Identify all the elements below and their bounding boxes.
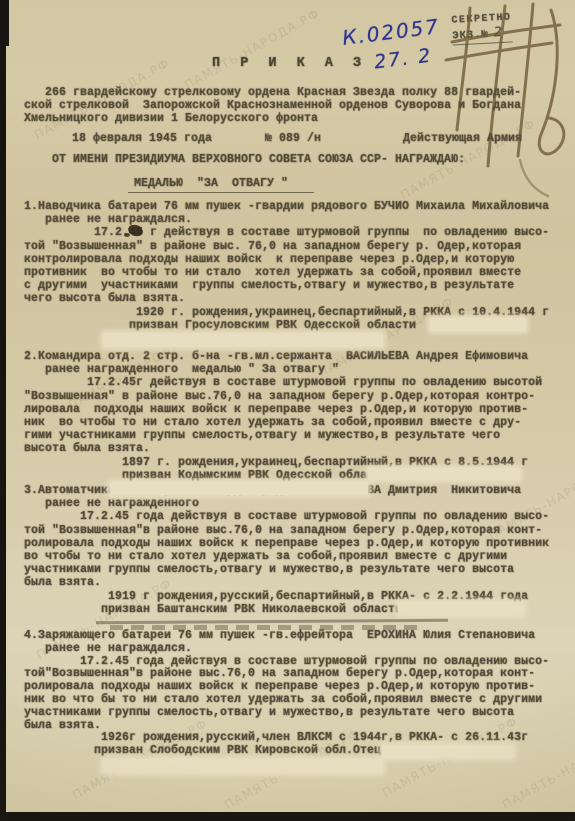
scanned-order-page: ПАМЯТЬ-НАРОДА.РФ ПАМЯТЬ-НАРОДА.РФ ПАМЯТЬ…: [0, 0, 575, 821]
unit-designation: 266 гвардейскому стрелковому ордена Крас…: [24, 86, 521, 126]
secret-stamp: СЕКРЕТНО ЭКЗ.№2: [451, 12, 513, 45]
order-number: № 089 /н: [265, 132, 321, 145]
award-entry-2: 2.Командира отд. 2 стр. б-на -гв.мл.серж…: [24, 350, 542, 482]
handwritten-date-note: 27. 2: [373, 45, 434, 74]
award-entry-1: 1.Наводчика батареи 76 мм пушек -гвардии…: [24, 200, 549, 332]
copy-label: ЭКЗ.№: [452, 29, 489, 43]
redaction-patch: [398, 602, 524, 615]
scan-edge-left: [0, 0, 6, 821]
award-name: МЕДАЛЬЮ "ЗА ОТВАГУ ": [128, 177, 314, 193]
scan-edge-bottom: [0, 812, 575, 821]
ink-blot: [124, 233, 130, 237]
redaction-patch: [103, 333, 383, 347]
redaction-patch: [103, 759, 383, 773]
award-entry-4: 4.Заряжающего батареи 76 мм пушек -гв.еф…: [24, 630, 549, 758]
award-entry-3: 3.Автоматчика автом.роты -гвардии рядово…: [24, 484, 549, 616]
order-title: П Р И К А З: [212, 57, 367, 70]
watermark: ПАМЯТЬ-НАРОДА.РФ: [182, 6, 322, 92]
redaction-patch: [430, 318, 526, 331]
crossed-out-line: [110, 625, 420, 630]
army-label: Действующая Армия: [403, 132, 522, 145]
handwritten-copy-number: 2: [493, 25, 503, 40]
copy-number-line: ЭКЗ.№2: [452, 24, 513, 45]
crossed-out-line: [96, 619, 448, 624]
order-date: 18 февраля 1945 года: [72, 132, 212, 145]
redaction-patch: [368, 468, 520, 480]
redaction-patch: [382, 745, 514, 758]
redaction-patch: [110, 482, 368, 495]
preamble: ОТ ИМЕНИ ПРЕЗИДИУМА ВЕРХОВНОГО СОВЕТА СО…: [52, 153, 465, 166]
scan-edge-left: [0, 0, 9, 46]
